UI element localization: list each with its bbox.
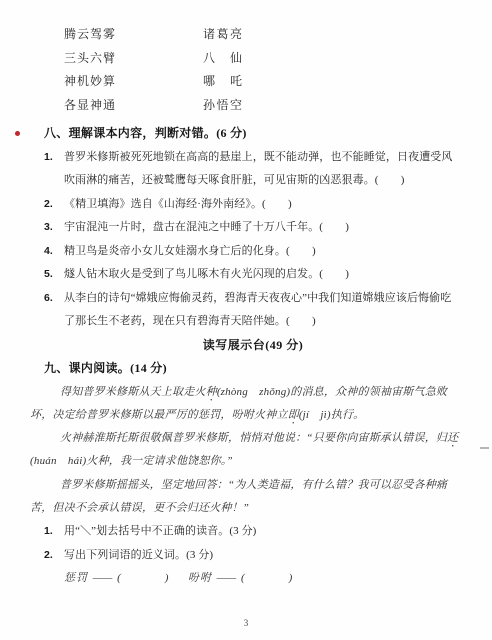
match-row: 神机妙算 哪 吒 <box>64 69 492 93</box>
judgment-item: 3. 宇宙混沌一片时，盘古在混沌之中睡了十万八千年。( ) <box>44 216 462 240</box>
reading-question: 1. 用“＼”划去括号中不正确的读音。(3 分) <box>44 520 462 544</box>
match-idiom: 腾云驾雾 <box>64 25 203 42</box>
passage-paragraph-2: 火神赫淮斯托斯很敬佩普罗米修斯，悄悄对他说：“只要你向宙斯承认错误，归还(huá… <box>30 427 462 474</box>
main-content: 八、理解课本内容，判断对错。(6 分) 1. 普罗米修斯被死死地锁在高高的悬崖上… <box>0 122 492 591</box>
page-number: 3 <box>0 618 492 628</box>
judgment-item: 4. 精卫鸟是炎帝小女儿女娃溺水身亡后的化身。( ) <box>44 240 462 264</box>
matching-section: 腾云驾雾 诸葛亮 三头六臂 八 仙 神机妙算 哪 吒 各显神通 孙悟空 <box>0 0 492 116</box>
match-row: 腾云驾雾 诸葛亮 <box>64 22 492 46</box>
judgment-item: 5. 燧人钻木取火是受到了鸟儿啄木有火光闪现的启发。( ) <box>44 263 462 287</box>
emphasized-char: 种 <box>206 386 217 398</box>
match-figure: 孙悟空 <box>203 96 244 113</box>
item-number: 6. <box>44 287 64 334</box>
question-text: 用“＼”划去括号中不正确的读音。(3 分) <box>64 520 462 544</box>
match-figure: 八 仙 <box>203 49 244 66</box>
judgment-item: 6. 从李白的诗句“嫦娥应悔偷灵药，碧海青天夜夜心”中我们知道嫦娥应该后悔偷吃了… <box>44 287 462 334</box>
emphasized-char: 还 <box>447 432 458 444</box>
judgment-item: 1. 普罗米修斯被死死地锁在高高的悬崖上，既不能动弹，也不能睡觉，日夜遭受风吹雨… <box>44 146 462 193</box>
match-idiom: 三头六臂 <box>64 49 203 66</box>
test-paper-page: 腾云驾雾 诸葛亮 三头六臂 八 仙 神机妙算 哪 吒 各显神通 孙悟空 八、理解… <box>0 0 492 640</box>
item-text: 燧人钻木取火是受到了鸟儿啄木有火光闪现的启发。( ) <box>64 263 462 287</box>
part-divider-title: 读写展示台(49 分) <box>44 334 462 358</box>
passage-text: (jí jì)执行。 <box>299 409 365 421</box>
item-number: 5. <box>44 263 64 287</box>
synonym-word: 吩咐 <box>188 572 212 584</box>
passage-paragraph-3: 普罗米修斯摇摇头，坚定地回答：“为人类造福，有什么错？我可以忍受各种痛苦，但决不… <box>30 474 462 521</box>
item-number: 4. <box>44 240 64 264</box>
passage-paragraph-1: 得知普罗米修斯从天上取走火种(zhòng zhǒng)的消息，众神的领袖宙斯气急… <box>30 381 462 428</box>
section8-heading-text: 八、理解课本内容，判断对错。(6 分) <box>44 126 247 140</box>
reading-question: 2. 写出下列词语的近义词。(3 分) <box>44 544 462 568</box>
passage-text: 火神赫淮斯托斯很敬佩普罗米修斯，悄悄对他说：“只要你向宙斯承认错误，归 <box>60 432 447 444</box>
item-text: 精卫鸟是炎帝小女儿女娃溺水身亡后的化身。( ) <box>64 240 462 264</box>
match-idiom: 神机妙算 <box>64 72 203 89</box>
emphasized-char: 即 <box>288 409 299 421</box>
right-edge-mark <box>480 447 489 449</box>
answer-blank: ( ) <box>241 572 292 584</box>
section9-heading: 九、课内阅读。(14 分) <box>44 357 462 381</box>
item-number: 2. <box>44 193 64 217</box>
section8-heading: 八、理解课本内容，判断对错。(6 分) <box>44 122 462 146</box>
answer-blank: ( ) <box>117 572 168 584</box>
passage-text: 普罗米修斯摇摇头，坚定地回答：“为人类造福，有什么错？我可以忍受各种痛苦，但决不… <box>30 479 447 514</box>
judgment-item: 2. 《精卫填海》选自《山海经·海外南经》。( ) <box>44 193 462 217</box>
match-idiom: 各显神通 <box>64 96 203 113</box>
item-text: 《精卫填海》选自《山海经·海外南经》。( ) <box>64 193 462 217</box>
match-row: 各显神通 孙悟空 <box>64 93 492 117</box>
dash: —— <box>91 572 115 584</box>
synonym-word: 惩罚 <box>64 572 88 584</box>
reading-passage: 得知普罗米修斯从天上取走火种(zhòng zhǒng)的消息，众神的领袖宙斯气急… <box>44 381 462 521</box>
question-number: 2. <box>44 544 64 568</box>
question-number: 1. <box>44 520 64 544</box>
item-text: 从李白的诗句“嫦娥应悔偷灵药，碧海青天夜夜心”中我们知道嫦娥应该后悔偷吃了那长生… <box>64 287 462 334</box>
question-text: 写出下列词语的近义词。(3 分) <box>64 544 462 568</box>
item-number: 3. <box>44 216 64 240</box>
match-figure: 诸葛亮 <box>203 25 244 42</box>
item-text: 宇宙混沌一片时，盘古在混沌之中睡了十万八千年。( ) <box>64 216 462 240</box>
judgment-list: 1. 普罗米修斯被死死地锁在高高的悬崖上，既不能动弹，也不能睡觉，日夜遭受风吹雨… <box>44 146 462 334</box>
item-number: 1. <box>44 146 64 193</box>
dash: —— <box>215 572 239 584</box>
match-figure: 哪 吒 <box>203 72 244 89</box>
match-row: 三头六臂 八 仙 <box>64 46 492 70</box>
synonym-answer-row: 惩罚 —— ( ) 吩咐 —— ( ) <box>44 567 462 591</box>
item-text: 普罗米修斯被死死地锁在高高的悬崖上，既不能动弹，也不能睡觉，日夜遭受风吹雨淋的痛… <box>64 146 462 193</box>
passage-text: 得知普罗米修斯从天上取走火 <box>60 386 206 398</box>
red-bullet-icon <box>15 131 20 136</box>
passage-text: (huán hái)火种，我一定请求他饶恕你。” <box>30 455 233 467</box>
